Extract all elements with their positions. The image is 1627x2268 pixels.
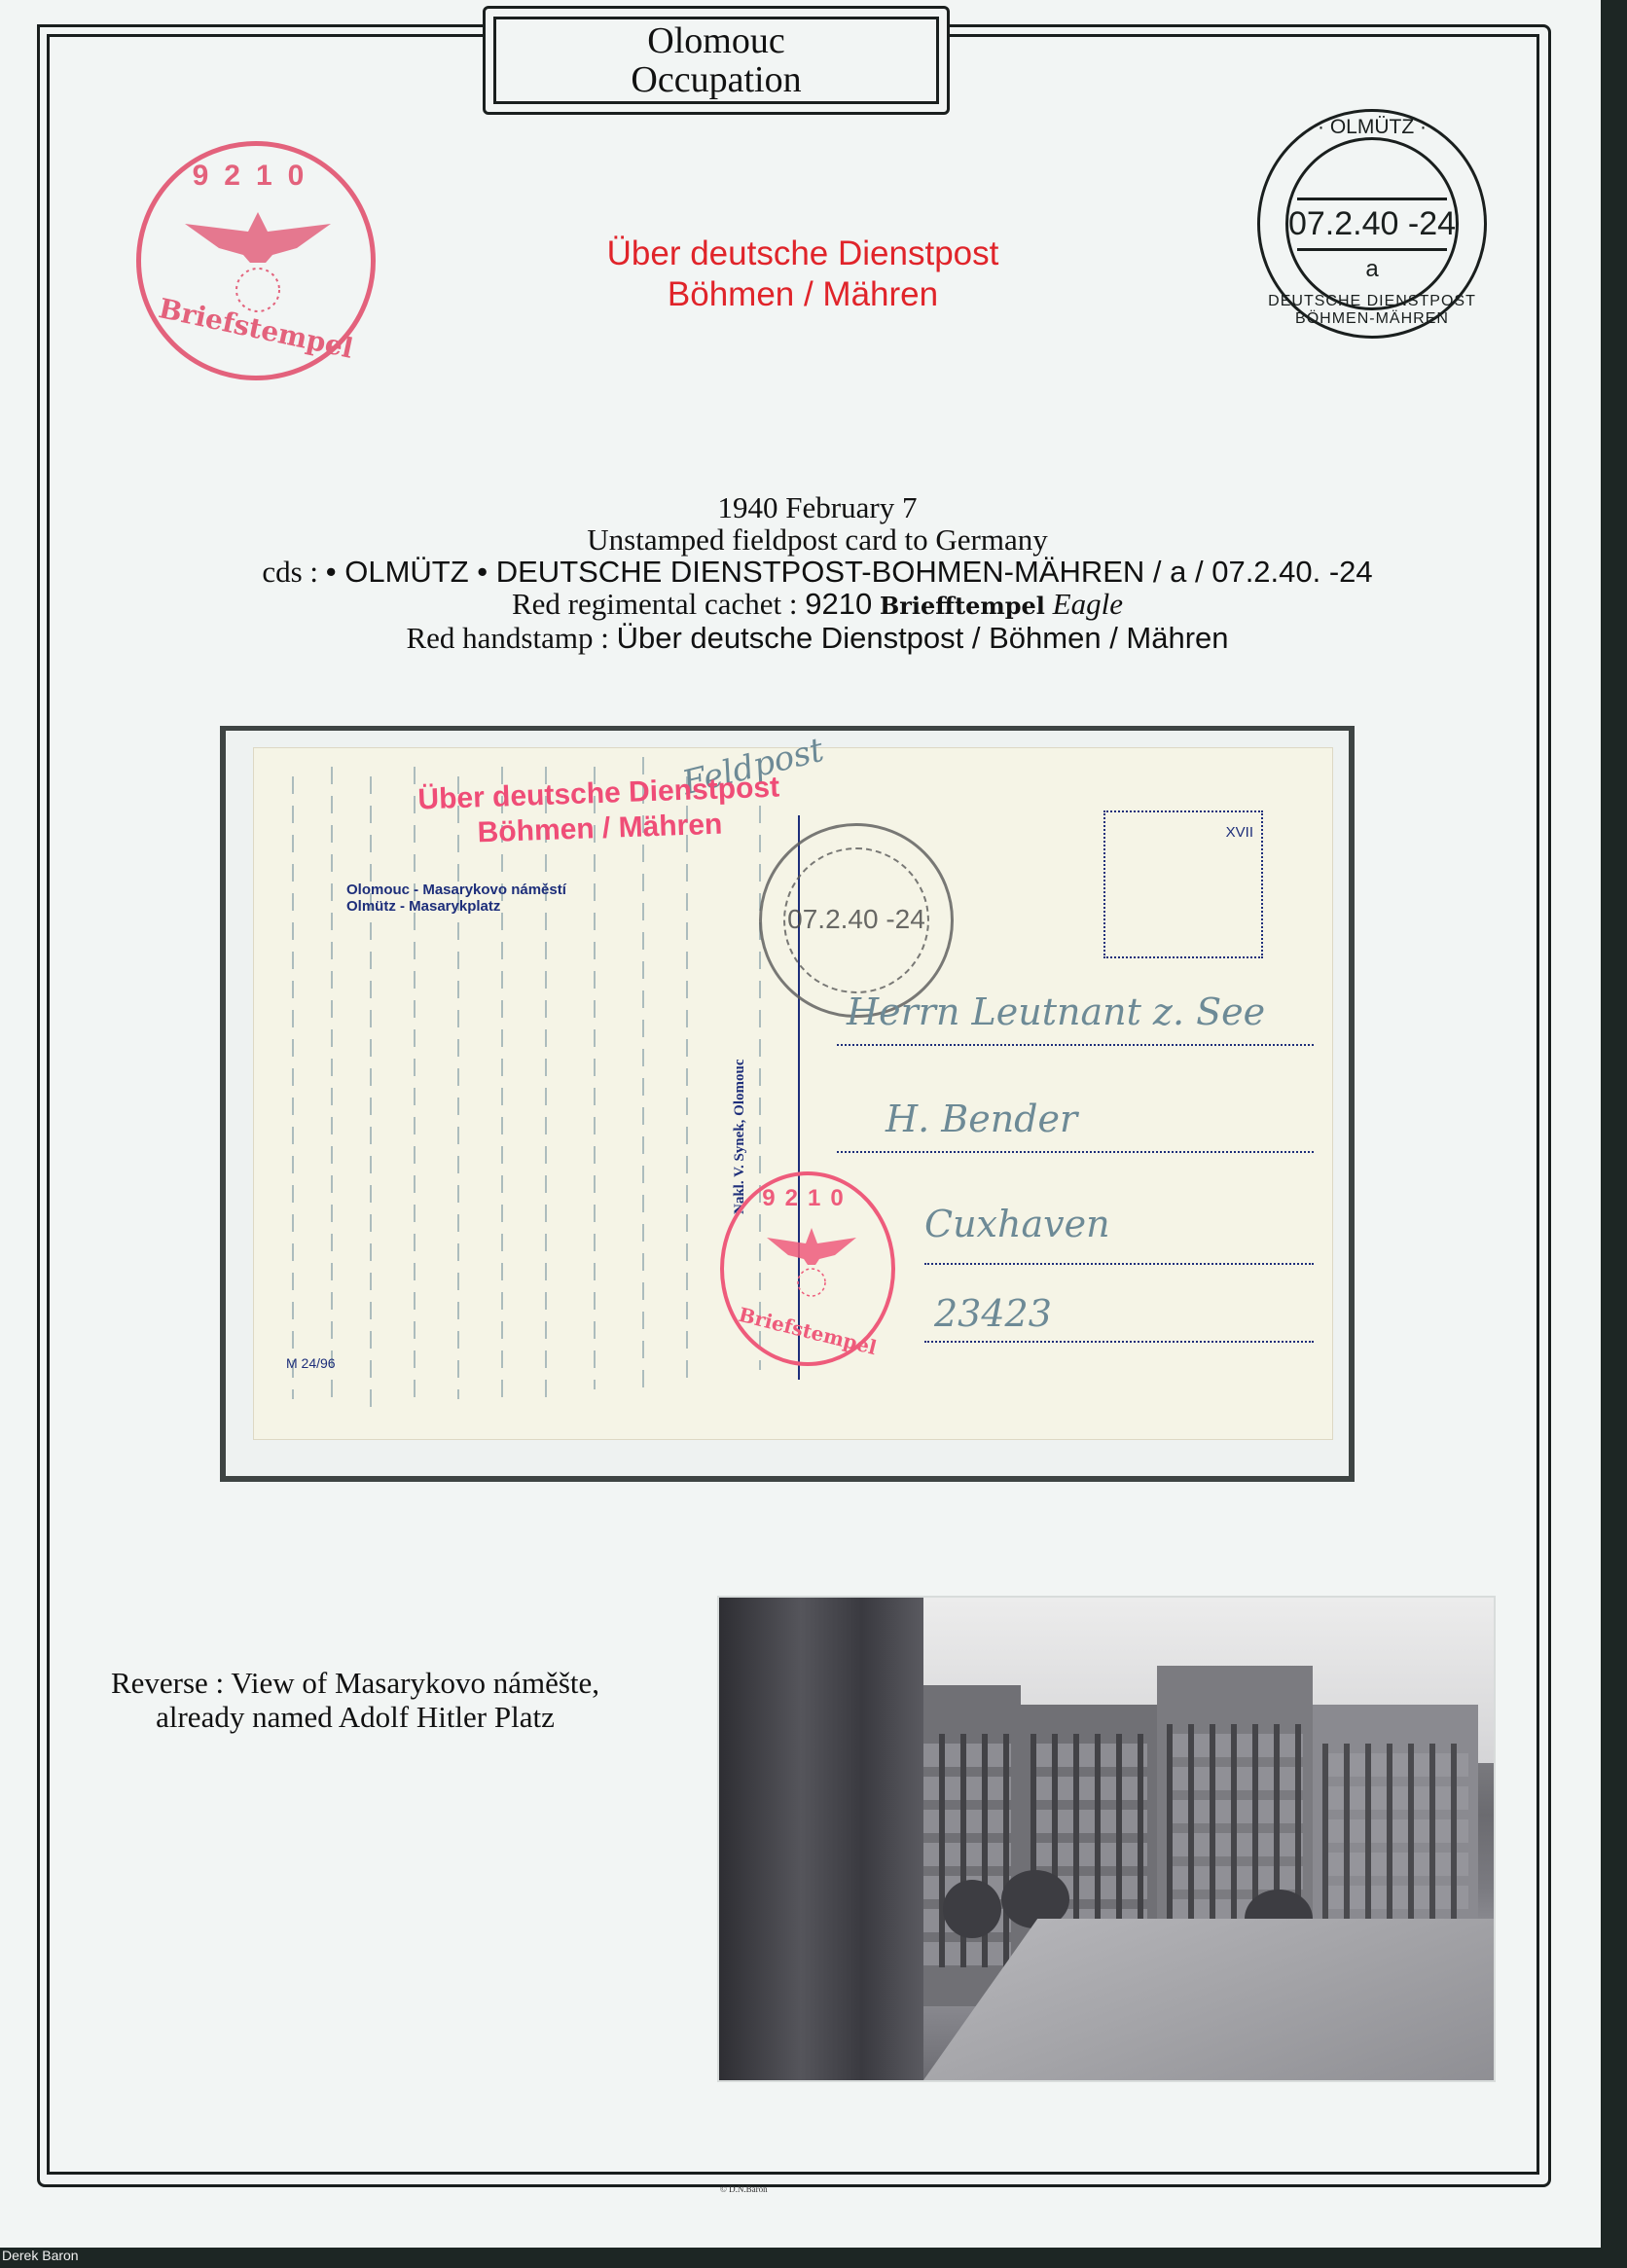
stamp-box: XVII bbox=[1103, 810, 1263, 958]
desc-cachet-fraktur: Briefftempel bbox=[880, 592, 1045, 620]
address-rule bbox=[924, 1341, 1314, 1343]
watermark: Derek Baron bbox=[2, 2248, 79, 2263]
desc-handstamp: Red handstamp : Über deutsche Dienstpost… bbox=[78, 622, 1557, 654]
cds-index: a bbox=[1260, 256, 1484, 283]
cds-arc-text: DEUTSCHE DIENSTPOST BÖHMEN-MÄHREN bbox=[1260, 293, 1484, 328]
handwriting-stroke bbox=[594, 767, 596, 1389]
address-line-1: Herrn Leutnant z. See bbox=[847, 990, 1265, 1033]
handwriting-stroke bbox=[370, 776, 372, 1409]
desc-date: 1940 February 7 bbox=[78, 491, 1557, 523]
reverse-line-1: Reverse : View of Masarykovo náměšte, bbox=[39, 1666, 671, 1700]
handwriting-stroke bbox=[501, 767, 503, 1409]
title-box: Olomouc Occupation bbox=[483, 6, 950, 115]
photo-tree bbox=[943, 1880, 1001, 1938]
handwriting-stroke bbox=[414, 767, 416, 1409]
handwriting-stroke bbox=[331, 767, 333, 1409]
caption-german: Olmütz - Masarykplatz bbox=[346, 898, 566, 915]
desc-cds: cds : • OLMÜTZ • DEUTSCHE DIENSTPOST-BOH… bbox=[78, 556, 1557, 588]
reverse-line-2: already named Adolf Hitler Platz bbox=[39, 1700, 671, 1734]
cds-date: 07.2.40 -24 bbox=[1260, 205, 1484, 243]
address-line-3: Cuxhaven bbox=[924, 1203, 1110, 1245]
handwriting-stroke bbox=[545, 767, 547, 1399]
cds-bar-bottom bbox=[1297, 248, 1447, 251]
page-title: Olomouc bbox=[647, 21, 784, 60]
red-heading-line-2: Böhmen / Mähren bbox=[545, 274, 1061, 315]
red-handstamp-heading: Über deutsche Dienstpost Böhmen / Mähren bbox=[545, 234, 1061, 315]
cachet-number: 9210 bbox=[141, 160, 371, 193]
handwriting-stroke bbox=[457, 776, 459, 1399]
desc-handstamp-value: Über deutsche Dienstpost / Böhmen / Mähr… bbox=[617, 621, 1229, 655]
card-cachet-number: 9210 bbox=[724, 1185, 891, 1212]
card-cds-postmark: 07.2.40 -24 bbox=[759, 823, 954, 1018]
stamp-box-label: XVII bbox=[1226, 824, 1253, 841]
address-rule bbox=[924, 1263, 1314, 1265]
card-red-handstamp: Über deutsche Dienstpost Böhmen / Mähren bbox=[417, 771, 781, 853]
postcard-code: M 24/96 bbox=[286, 1355, 336, 1371]
regimental-cachet: 9210 Briefstempel bbox=[136, 141, 376, 380]
photo-holy-trinity-column bbox=[719, 1598, 923, 2080]
address-rule bbox=[837, 1044, 1314, 1046]
page-subtitle: Occupation bbox=[631, 60, 801, 99]
postcard: Olomouc - Masarykovo náměstí Olmütz - Ma… bbox=[253, 747, 1333, 1440]
postcard-mount: Olomouc - Masarykovo náměstí Olmütz - Ma… bbox=[220, 726, 1355, 1482]
desc-cachet-eagle: Eagle bbox=[1053, 587, 1123, 621]
red-heading-line-1: Über deutsche Dienstpost bbox=[545, 234, 1061, 274]
card-cds-date: 07.2.40 -24 bbox=[762, 904, 951, 935]
desc-cachet-number: 9210 bbox=[805, 587, 872, 621]
copyright: © D.N.Baron bbox=[720, 2184, 768, 2194]
eagle-icon bbox=[763, 1224, 860, 1302]
address-line-2: H. Bender bbox=[886, 1098, 1077, 1140]
reverse-description: Reverse : View of Masarykovo náměšte, al… bbox=[39, 1666, 671, 1734]
address-rule bbox=[837, 1151, 1314, 1153]
caption-czech: Olomouc - Masarykovo náměstí bbox=[346, 882, 566, 898]
desc-cds-label: cds : bbox=[262, 555, 318, 589]
cds-town: · OLMÜTZ · bbox=[1260, 116, 1484, 139]
cds-bar-top bbox=[1297, 198, 1447, 200]
postcard-caption: Olomouc - Masarykovo náměstí Olmütz - Ma… bbox=[346, 882, 566, 915]
handwriting-stroke bbox=[642, 757, 644, 1399]
handwriting-stroke bbox=[686, 776, 688, 1380]
desc-cachet-label: Red regimental cachet : bbox=[512, 587, 798, 621]
reverse-photo bbox=[717, 1596, 1496, 2082]
card-cachet-text: Briefstempel bbox=[724, 1300, 892, 1363]
cds-postmark: · OLMÜTZ · 07.2.40 -24 a DEUTSCHE DIENST… bbox=[1257, 109, 1487, 339]
card-regimental-cachet: 9210 Briefstempel bbox=[720, 1171, 895, 1366]
album-page: Olomouc Occupation 9210 Briefstempel Übe… bbox=[0, 0, 1601, 2248]
desc-handstamp-label: Red handstamp : bbox=[406, 621, 608, 655]
description-block: 1940 February 7 Unstamped fieldpost card… bbox=[78, 491, 1557, 654]
desc-type: Unstamped fieldpost card to Germany bbox=[78, 523, 1557, 556]
desc-cds-value: • OLMÜTZ • DEUTSCHE DIENSTPOST-BOHMEN-MÄ… bbox=[326, 555, 1373, 589]
handwriting-stroke bbox=[292, 776, 294, 1399]
desc-cachet: Red regimental cachet : 9210 Briefftempe… bbox=[78, 588, 1557, 622]
address-line-4: 23423 bbox=[934, 1292, 1052, 1335]
